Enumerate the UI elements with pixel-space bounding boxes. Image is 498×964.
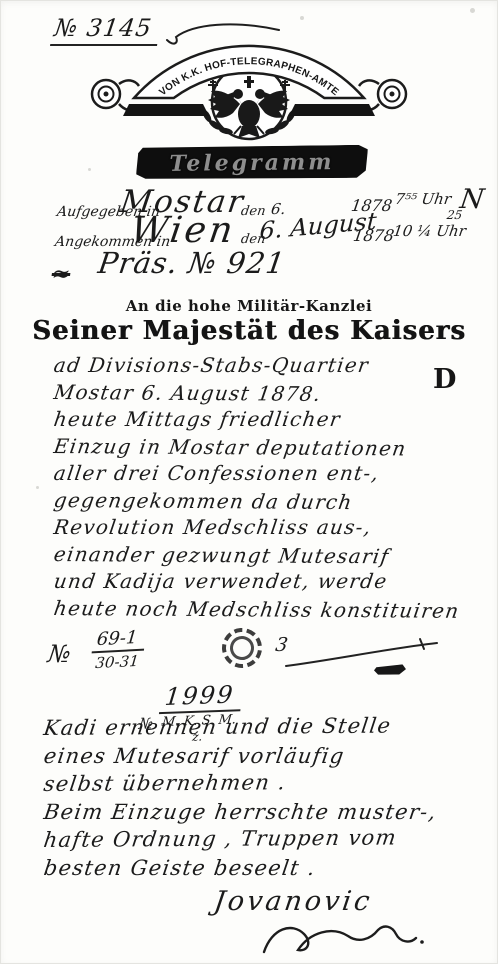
praesidium-number: Präs. № 921	[96, 246, 288, 280]
reply-line: besten Geiste beseelt .	[42, 854, 492, 882]
telegram-document: № 3145 VON K.K. HOF-	[0, 0, 498, 964]
circular-postmark-icon	[217, 623, 267, 673]
reply-line: Kadi ernennen und die Stelle	[42, 711, 492, 742]
scan-speck	[36, 486, 39, 489]
received-time: 10 ¼ Uhr	[392, 222, 467, 240]
received-year: 1878	[352, 226, 395, 245]
signature-name: Jovanovic	[212, 886, 374, 917]
message-line: ad Divisions-Stabs-Quartier	[52, 352, 486, 379]
ledger-fraction: 69-1 30-31	[90, 627, 147, 673]
registry-number: 1999	[159, 680, 244, 714]
message-line: aller drei Confessionen ent-,	[52, 460, 486, 487]
time-meridiem-letter: N	[458, 184, 486, 215]
check-stroke-icon	[282, 636, 442, 670]
telegramm-banner: Telegramm	[136, 145, 368, 180]
address-block: An die hohe Militär-Kanzlei Seiner Majes…	[0, 297, 498, 346]
message-line: und Kadija verwendet, werde	[52, 568, 486, 595]
scan-speck	[470, 8, 475, 13]
sent-time: 7⁵⁵ Uhr	[394, 190, 452, 208]
address-line-1: An die hohe Militär-Kanzlei	[0, 297, 498, 315]
message-line: Einzug in Mostar deputationen	[52, 433, 486, 463]
message-line: heute noch Medschliss konstituiren	[52, 595, 486, 625]
scan-speck	[300, 16, 304, 20]
reply-body: Kadi ernennen und die Stelle eines Mutes…	[42, 714, 488, 882]
message-line: heute Mittags friedlicher	[52, 406, 486, 433]
scan-speck	[88, 168, 91, 171]
message-line: Revolution Medschliss aus-,	[52, 514, 486, 541]
ledger-fraction-bottom: 30-31	[90, 651, 144, 673]
received-place: Wien	[128, 210, 238, 251]
telegraph-office-crest: VON K.K. HOF-TELEGRAPHEN-AMTE	[79, 42, 419, 146]
ledger-fraction-top: 69-1	[92, 627, 147, 654]
crossed-out-mark: ≈	[50, 262, 72, 287]
ledger-mark: №	[46, 640, 73, 668]
postmark-inner-ring	[227, 633, 257, 663]
message-body: ad Divisions-Stabs-Quartier Mostar 6. Au…	[52, 352, 482, 622]
address-line-2: Seiner Majestät des Kaisers	[0, 316, 498, 346]
message-line: einander gezwungt Mutesarif	[52, 541, 486, 571]
message-line: Mostar 6. August 1878.	[52, 379, 486, 409]
reply-line: Beim Einzuge herrschte muster-,	[42, 798, 492, 826]
reply-line: eines Mutesarif vorläufig	[42, 742, 492, 770]
reply-line: selbst übernehmen .	[42, 767, 492, 798]
telegramm-banner-title: Telegramm	[169, 149, 334, 177]
signature-flourish-icon	[258, 916, 428, 958]
reply-line: hafte Ordnung , Truppen vom	[42, 823, 492, 854]
message-line: gegengekommen da durch	[52, 487, 486, 517]
